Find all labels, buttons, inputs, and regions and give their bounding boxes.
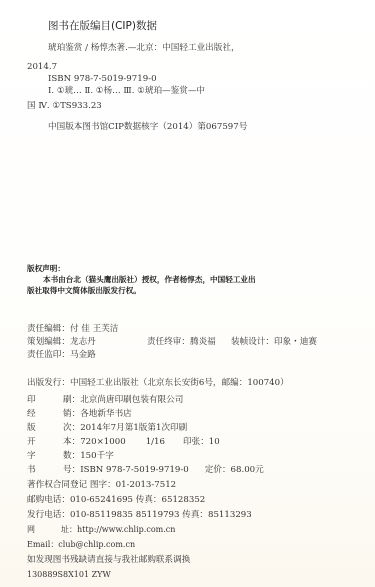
imprint-contract: 著作权合同登记 图字：01-2013-7512: [27, 481, 176, 490]
credit-planner: 策划编辑：龙志丹: [27, 338, 96, 347]
cip-line-2: 2014.7: [27, 63, 57, 72]
credit-editor: 责任编辑：付 佳 王芙洁: [27, 325, 118, 334]
cip-classification-cont: 国 Ⅳ. ①TS933.23: [27, 102, 102, 111]
copyright-line-1: 本书由台北（猫头鹰出版社）授权，作者杨惇杰，中国轻工业出: [43, 276, 256, 284]
imprint-notice: 如发现图书残缺请直接与我社邮购联系调换: [27, 556, 190, 565]
cip-title: 图书在版编目(CIP)数据: [48, 21, 157, 32]
cip-isbn: ISBN 978-7-5019-9719-0: [48, 75, 157, 84]
copyright-line-2: 版社取得中文简体版出版发行权。: [27, 287, 141, 295]
imprint-row-isbn: 书号：ISBN 978-7-5019-9719-0定价：68.00元: [27, 466, 264, 475]
cip-record-number: 中国版本图书馆CIP数据核字（2014）第067597号: [48, 123, 247, 132]
imprint-code: 130889S8X101 ZYW: [27, 571, 111, 579]
imprint-website: 网址：http://www.chlip.com.cn: [27, 526, 175, 534]
cip-line-1: 琥珀鉴赏 / 杨惇杰著.—北京：中国轻工业出版社，: [48, 44, 240, 53]
credit-print-supervisor: 责任监印：马金路: [27, 351, 96, 360]
imprint-email: Email：club@chlip.com.cn: [27, 541, 135, 549]
credit-design: 装帧设计：印象・迪赛: [231, 338, 317, 347]
imprint-dist-phone: 发行电话：010-85119835 85119793 传真：85113293: [27, 511, 252, 520]
cip-classification: Ⅰ. ①琥… Ⅱ. ①杨… Ⅲ. ①琥珀—鉴赏—中: [48, 87, 205, 96]
imprint-row-word-count: 字数：150千字: [27, 452, 114, 461]
imprint-mail-phone: 邮购电话：010-65241695 传真：65128352: [27, 496, 205, 505]
imprint-publisher: 出版发行：中国轻工业出版社（北京东长安街6号，邮编：100740）: [27, 379, 289, 388]
credit-final-review: 责任终审：腾炎福: [147, 338, 216, 347]
imprint-row-distributor: 经销：各地新华书店: [27, 410, 132, 419]
copyright-heading: 版权声明：: [27, 265, 65, 273]
imprint-row-printer: 印刷：北京尚唐印刷包装有限公司: [27, 396, 183, 405]
website-link[interactable]: http://www.chlip.com.cn: [77, 525, 175, 534]
copyright-page: 图书在版编目(CIP)数据 琥珀鉴赏 / 杨惇杰著.—北京：中国轻工业出版社， …: [0, 0, 375, 587]
imprint-row-format: 开本：720×10001/16印张：10: [27, 438, 220, 447]
imprint-row-edition: 版次：2014年7月第1版第1次印刷: [27, 424, 187, 433]
